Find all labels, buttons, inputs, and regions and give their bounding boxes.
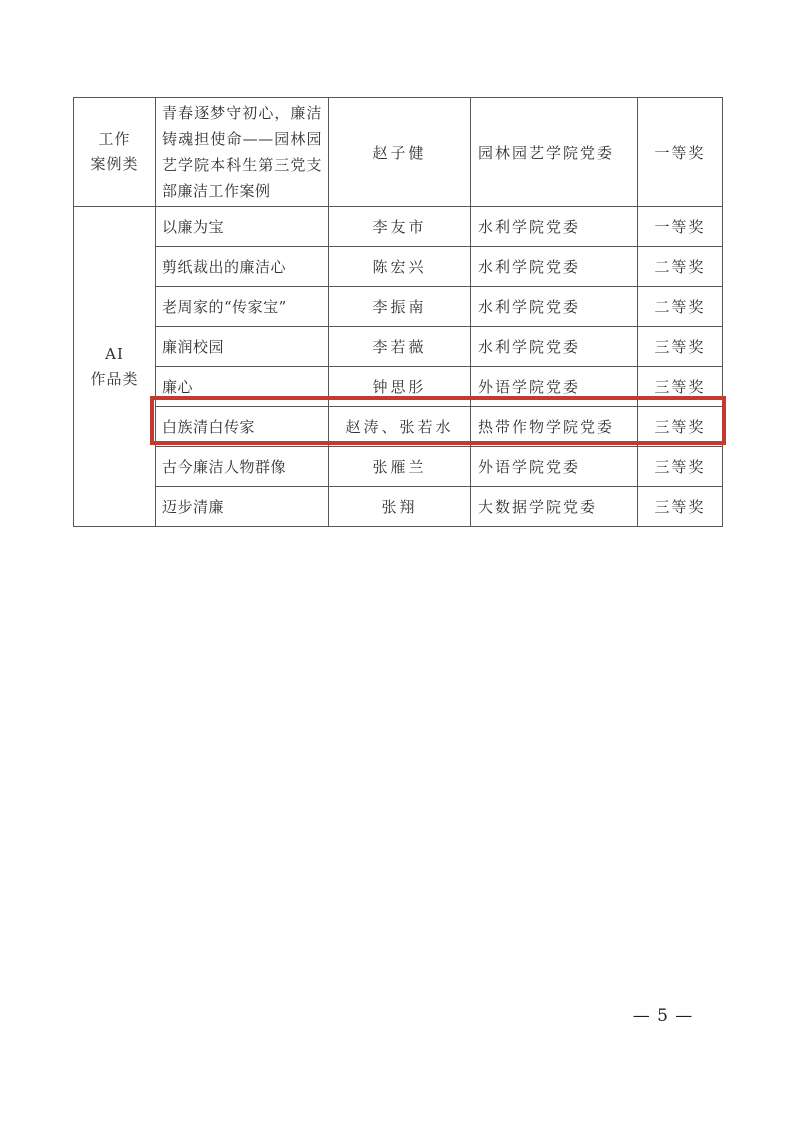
author-cell: 李若薇 [329, 327, 471, 367]
author-cell: 李友市 [329, 207, 471, 247]
author-cell: 钟思肜 [329, 367, 471, 407]
organization-cell: 水利学院党委 [471, 207, 638, 247]
award-cell: 三等奖 [638, 367, 723, 407]
organization-cell: 水利学院党委 [471, 247, 638, 287]
table-row: 古今廉洁人物群像 张雁兰 外语学院党委 三等奖 [74, 447, 723, 487]
author-cell: 张雁兰 [329, 447, 471, 487]
title-cell: 老周家的“传家宝” [156, 287, 329, 327]
organization-cell: 外语学院党委 [471, 367, 638, 407]
category-cell: 工作 案例类 [74, 98, 156, 207]
title-cell: 剪纸裁出的廉洁心 [156, 247, 329, 287]
organization-cell: 外语学院党委 [471, 447, 638, 487]
author-cell: 陈宏兴 [329, 247, 471, 287]
award-table: 工作 案例类 青春逐梦守初心，廉洁铸魂担使命——园林园艺学院本科生第三党支部廉洁… [73, 97, 723, 527]
category-line: 作品类 [74, 367, 155, 392]
award-cell: 三等奖 [638, 407, 723, 447]
author-cell: 赵子健 [329, 98, 471, 207]
organization-cell: 水利学院党委 [471, 327, 638, 367]
organization-cell: 水利学院党委 [471, 287, 638, 327]
table-row: 廉心 钟思肜 外语学院党委 三等奖 [74, 367, 723, 407]
table-row: AI 作品类 以廉为宝 李友市 水利学院党委 一等奖 [74, 207, 723, 247]
table-row: 工作 案例类 青春逐梦守初心，廉洁铸魂担使命——园林园艺学院本科生第三党支部廉洁… [74, 98, 723, 207]
organization-cell: 园林园艺学院党委 [471, 98, 638, 207]
table-row-highlighted: 白族清白传家 赵涛、张若水 热带作物学院党委 三等奖 [74, 407, 723, 447]
table-row: 迈步清廉 张翔 大数据学院党委 三等奖 [74, 487, 723, 527]
award-cell: 三等奖 [638, 447, 723, 487]
organization-cell: 热带作物学院党委 [471, 407, 638, 447]
author-cell: 赵涛、张若水 [329, 407, 471, 447]
title-cell: 以廉为宝 [156, 207, 329, 247]
award-cell: 一等奖 [638, 207, 723, 247]
category-line: 案例类 [74, 152, 155, 177]
table-row: 老周家的“传家宝” 李振南 水利学院党委 二等奖 [74, 287, 723, 327]
author-cell: 李振南 [329, 287, 471, 327]
title-cell: 古今廉洁人物群像 [156, 447, 329, 487]
title-cell: 青春逐梦守初心，廉洁铸魂担使命——园林园艺学院本科生第三党支部廉洁工作案例 [156, 98, 329, 207]
page-number: — 5 — [608, 1006, 718, 1026]
award-cell: 二等奖 [638, 247, 723, 287]
title-cell: 廉润校园 [156, 327, 329, 367]
category-cell: AI 作品类 [74, 207, 156, 527]
award-cell: 二等奖 [638, 287, 723, 327]
award-cell: 三等奖 [638, 487, 723, 527]
document-page: 工作 案例类 青春逐梦守初心，廉洁铸魂担使命——园林园艺学院本科生第三党支部廉洁… [0, 0, 794, 1123]
organization-cell: 大数据学院党委 [471, 487, 638, 527]
award-cell: 三等奖 [638, 327, 723, 367]
title-cell: 迈步清廉 [156, 487, 329, 527]
title-cell: 廉心 [156, 367, 329, 407]
author-cell: 张翔 [329, 487, 471, 527]
title-cell: 白族清白传家 [156, 407, 329, 447]
table-row: 廉润校园 李若薇 水利学院党委 三等奖 [74, 327, 723, 367]
award-cell: 一等奖 [638, 98, 723, 207]
table-row: 剪纸裁出的廉洁心 陈宏兴 水利学院党委 二等奖 [74, 247, 723, 287]
category-line: AI [74, 342, 155, 367]
category-line: 工作 [74, 127, 155, 152]
